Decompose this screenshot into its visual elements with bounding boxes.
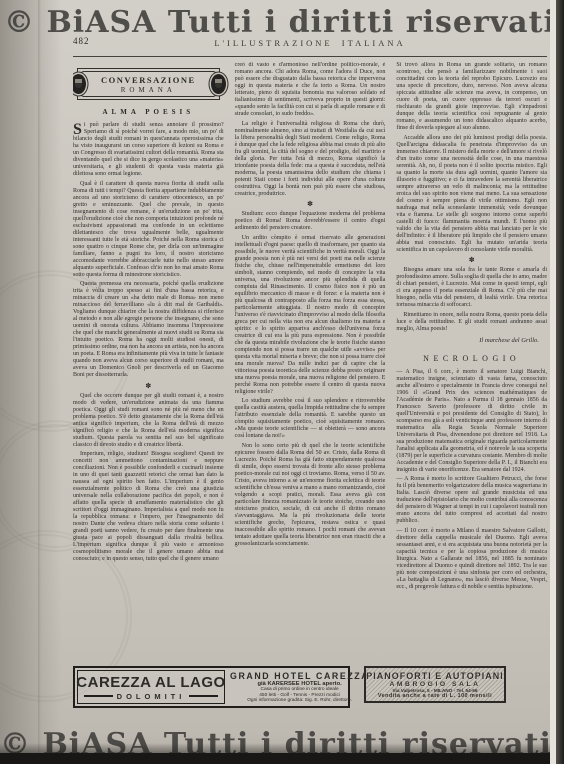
article-paragraph: Studium: ecco dunque l'equazione moderna… — [235, 211, 386, 232]
article-paragraph: Si trovò allora in Roma un grande solita… — [396, 62, 547, 132]
grand-hotel-details: GRAND HOTEL CAREZZA già KARERSEE HOTEL a… — [227, 668, 372, 706]
hotel-name: GRAND HOTEL CAREZZA — [230, 671, 369, 681]
article-paragraph: Un ardito còmpito è ormai riservato alle… — [235, 235, 386, 396]
carezza-ad-subtitle: DOLOMITI — [117, 692, 186, 701]
carezza-ad-subtitle-row: DOLOMITI — [84, 692, 218, 701]
article-paragraph: Lo studium avrebbe così il suo splendore… — [235, 398, 386, 440]
section-title: ALMA POESIS — [73, 108, 224, 116]
article-paragraph: Questa premessa era necessaria, poiché q… — [73, 281, 224, 379]
pianoforti-sala-ad: PIANOFORTI E AUTOPIANI AMBROGIO SALA Via… — [364, 666, 506, 703]
conversazione-romana-banner: CONVERSAZIONE ROMANA — [77, 68, 220, 100]
necrologio-item: — A Pisa, il 6 corr., è morto il senator… — [396, 369, 547, 474]
article-paragraph: Quel che occorre dunque per gli studii r… — [73, 393, 224, 449]
sala-ad-title: PIANOFORTI E AUTOPIANI — [366, 671, 504, 681]
fleuron-icon: ✽ — [396, 256, 547, 264]
dash-rule — [189, 695, 218, 696]
article-paragraph: Qual è il carattere di questa nuova fior… — [73, 181, 224, 279]
fleuron-icon: ✽ — [73, 382, 224, 390]
article-paragraph: Rimettiamo in onore, nella nostra Roma, … — [396, 312, 547, 333]
column-2: creò di vasto e d'armonioso nell'ordine … — [235, 62, 386, 663]
necrologio-item: — Il 10 corr. è morto a Milano il maestr… — [396, 528, 547, 591]
advertisements-row: CAREZZA AL LAGO DOLOMITI GRAND HOTEL CAR… — [73, 666, 547, 708]
carezza-ad-title: CAREZZA AL LAGO — [76, 674, 225, 691]
banner-title-line1: CONVERSAZIONE — [83, 75, 214, 85]
column-1: CONVERSAZIONE ROMANA ALMA POESIS Si può … — [73, 62, 224, 663]
author-signature: Il marchese del Grillo. — [396, 337, 539, 344]
article-columns: CONVERSAZIONE ROMANA ALMA POESIS Si può … — [73, 62, 547, 663]
drop-cap: S — [73, 122, 84, 136]
header-rule — [73, 56, 547, 57]
photo-bottom-band — [0, 753, 564, 764]
column-3: Si trovò allora in Roma un grande solita… — [396, 62, 547, 663]
shield-medallion-icon — [211, 74, 226, 94]
sala-ad-name: AMBROGIO SALA — [366, 681, 504, 688]
article-paragraph: Imperium, religio, studium! Bisogna sceg… — [73, 451, 224, 563]
carezza-hotel-ad: CAREZZA AL LAGO DOLOMITI GRAND HOTEL CAR… — [73, 666, 350, 708]
shield-icon — [75, 79, 82, 88]
fleuron-icon: ✽ — [235, 200, 386, 208]
page-edge-right-shadow — [556, 0, 564, 764]
necrologio-item: — A Roma è morto lo scrittore Gualtiero … — [396, 476, 547, 525]
article-paragraph: Si può parlare di studii senza annoiare … — [73, 122, 224, 178]
copyright-watermark-top: © BiASA Tutti i diritti riservati — [4, 5, 556, 40]
dash-rule — [84, 695, 113, 696]
paragraph-text: i può parlare di studii senza annoiare i… — [73, 122, 224, 177]
bottom-shadow — [0, 743, 564, 753]
carezza-title-box: CAREZZA AL LAGO DOLOMITI — [77, 670, 225, 704]
article-paragraph: creò di vasto e d'armonioso nell'ordine … — [235, 62, 386, 118]
sala-ad-terms: Vendita anche a rate di L. 100 mensili — [366, 693, 504, 699]
article-paragraph: Bisogna amare una sola fra le tante Rome… — [396, 267, 547, 309]
banner-frame: CONVERSAZIONE ROMANA — [80, 71, 217, 97]
scanned-magazine-page: 482 L'ILLUSTRAZIONE ITALIANA CONVERSAZIO… — [0, 0, 564, 764]
banner-title-line2: ROMANA — [83, 86, 214, 94]
necrologio-title: NECROLOGIO — [396, 354, 547, 363]
hotel-detail-line: Ogni informazione gradita: Sig. E. Rohr,… — [230, 698, 369, 704]
article-paragraph: Accadde allora uno dei più luminosi prod… — [396, 135, 547, 254]
article-paragraph: La religio è l'universalità religiosa di… — [235, 121, 386, 198]
shield-icon — [215, 79, 222, 88]
article-paragraph: Non lo sono certo più di quel che le teo… — [235, 443, 386, 548]
